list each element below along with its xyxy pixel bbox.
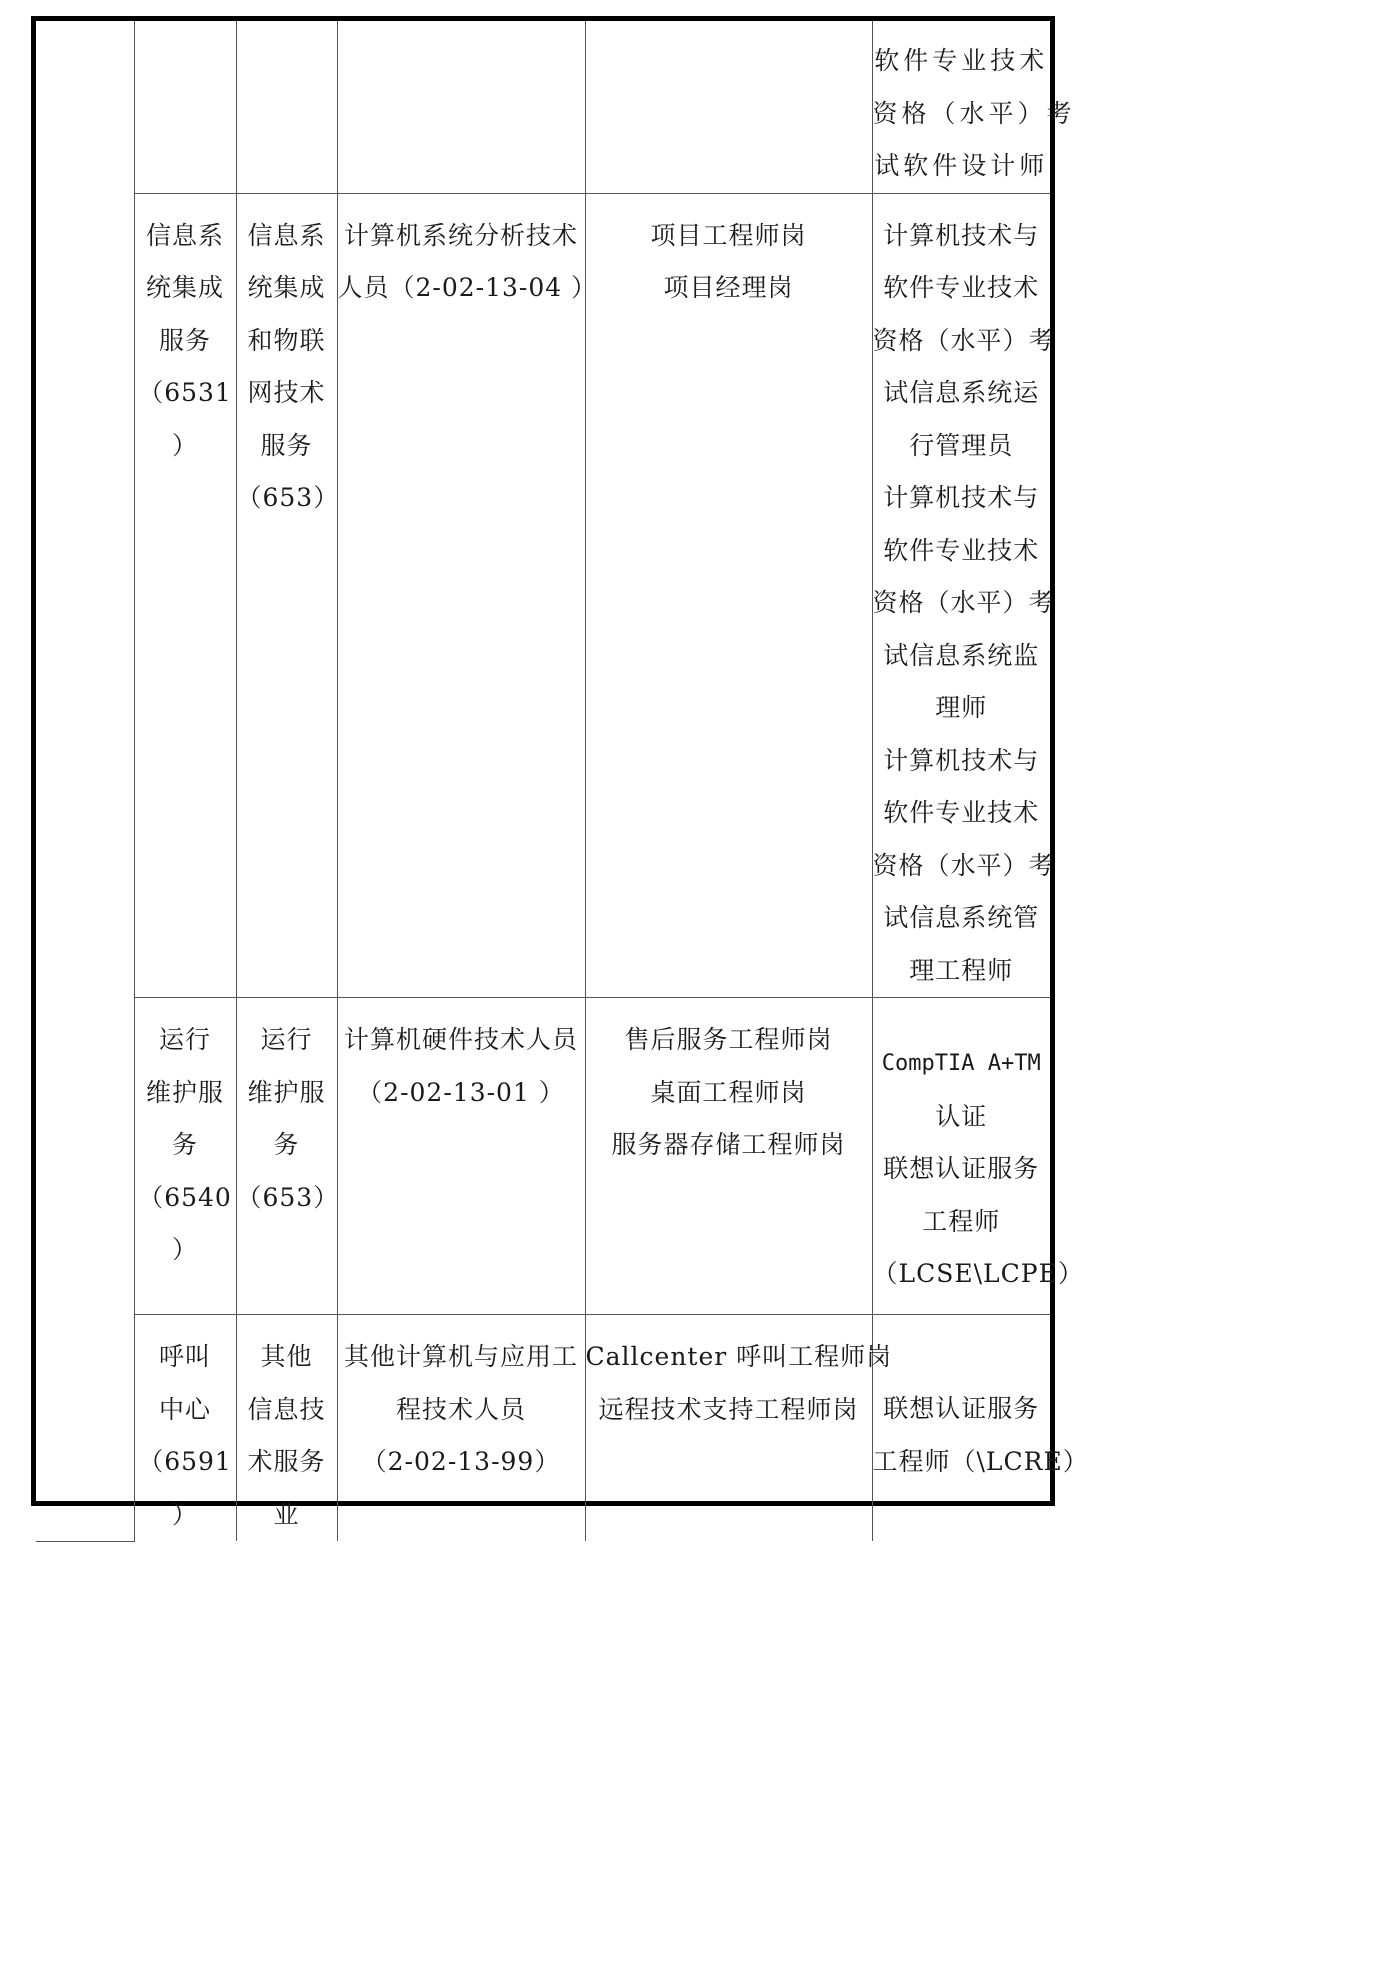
text-line: （653）: [237, 1172, 337, 1225]
document-page: 软件专业技术 资格（水平）考 试软件设计师 信息系 统集成 服务 （6531 ）…: [0, 0, 1378, 1984]
text-line: 项目工程师岗: [586, 210, 872, 263]
text-line: （6540: [135, 1172, 236, 1225]
industry-group-cell: 其他 信息技 术服务 业: [236, 1315, 337, 1542]
table-row: 信息系 统集成 服务 （6531 ） 信息系 统集成 和物联 网技术 服务 （6…: [36, 193, 1050, 998]
certificates-cell: CompTIA A+TM 认证 联想认证服务 工程师 （LCSE\LCPE）: [872, 998, 1050, 1315]
text-line: 售后服务工程师岗: [586, 1014, 872, 1067]
table-row: 运行 维护服 务 （6540 ） 运行 维护服 务 （653） 计算机硬件技术人…: [36, 998, 1050, 1315]
cert-line: 理工程师: [873, 945, 1051, 998]
text-line: 中心: [135, 1384, 236, 1437]
positions-cell: 项目工程师岗 项目经理岗: [585, 193, 872, 998]
cert-line: 计算机技术与: [873, 210, 1051, 263]
table-row: 呼叫 中心 （6591 ） 其他 信息技 术服务 业 其他计算机与应用工 程技术…: [36, 1315, 1050, 1542]
text-line: 程技术人员: [338, 1384, 585, 1437]
cert-line: 资格（水平）考: [873, 577, 1051, 630]
industry-class-cell: [134, 21, 236, 193]
occupation-certificate-table: 软件专业技术 资格（水平）考 试软件设计师 信息系 统集成 服务 （6531 ）…: [31, 16, 1055, 1506]
text-line: 其他: [237, 1331, 337, 1384]
cert-line: 资格（水平）考: [873, 840, 1051, 893]
text-line: 和物联: [237, 315, 337, 368]
text-line: 务: [135, 1119, 236, 1172]
industry-group-cell: [236, 21, 337, 193]
text-line: 业: [237, 1489, 337, 1542]
cert-line: 软件专业技术: [873, 35, 1051, 88]
text-line: 统集成: [237, 262, 337, 315]
text-line: ）: [135, 420, 236, 473]
cert-line: 理师: [873, 682, 1051, 735]
occupation-cell: 计算机系统分析技术 人员（2-02-13-04 ）: [337, 193, 585, 998]
cert-line: 认证: [873, 1091, 1051, 1144]
occupation-cell: 其他计算机与应用工 程技术人员 （2-02-13-99）: [337, 1315, 585, 1542]
cert-line: 计算机技术与: [873, 735, 1051, 788]
cert-line: 工程师: [873, 1196, 1051, 1249]
cert-line: 联想认证服务: [873, 1143, 1051, 1196]
cert-line: 试信息系统管: [873, 892, 1051, 945]
cert-line: 资格（水平）考: [873, 88, 1051, 141]
text-line: 网技术: [237, 367, 337, 420]
text-line: 信息系: [135, 210, 236, 263]
text-line: 远程技术支持工程师岗: [586, 1384, 872, 1437]
text-line: 信息技: [237, 1384, 337, 1437]
cert-line: 资格（水平）考: [873, 315, 1051, 368]
text-line: 桌面工程师岗: [586, 1067, 872, 1120]
text-line: 运行: [135, 1014, 236, 1067]
blank-merged-cell: [36, 21, 134, 1541]
cert-line: 试信息系统运: [873, 367, 1051, 420]
table: 软件专业技术 资格（水平）考 试软件设计师 信息系 统集成 服务 （6531 ）…: [36, 21, 1050, 1542]
text-line: 术服务: [237, 1436, 337, 1489]
certificates-cell: 软件专业技术 资格（水平）考 试软件设计师: [872, 21, 1050, 193]
text-line: 人员（2-02-13-04 ）: [338, 262, 585, 315]
text-line: ）: [135, 1489, 236, 1542]
table-row: 软件专业技术 资格（水平）考 试软件设计师: [36, 21, 1050, 193]
cert-line: 软件专业技术: [873, 525, 1051, 578]
industry-class-cell: 信息系 统集成 服务 （6531 ）: [134, 193, 236, 998]
text-line: 信息系: [237, 210, 337, 263]
text-line: 维护服: [237, 1067, 337, 1120]
industry-class-cell: 运行 维护服 务 （6540 ）: [134, 998, 236, 1315]
positions-cell: 售后服务工程师岗 桌面工程师岗 服务器存储工程师岗: [585, 998, 872, 1315]
text-line: （653）: [237, 472, 337, 525]
text-line: 统集成: [135, 262, 236, 315]
text-line: （2-02-13-99）: [338, 1436, 585, 1489]
cert-line: 软件专业技术: [873, 787, 1051, 840]
cert-line: CompTIA A+TM: [873, 1038, 1051, 1091]
cert-line: 试信息系统监: [873, 630, 1051, 683]
cert-line: 工程师（\LCRE）: [873, 1436, 1051, 1489]
text-line: 务: [237, 1119, 337, 1172]
cert-line: 计算机技术与: [873, 472, 1051, 525]
certificates-cell: 计算机技术与 软件专业技术 资格（水平）考 试信息系统运 行管理员 计算机技术与…: [872, 193, 1050, 998]
text-line: 项目经理岗: [586, 262, 872, 315]
text-line: 服务器存储工程师岗: [586, 1119, 872, 1172]
cert-line: 行管理员: [873, 420, 1051, 473]
certificates-cell: 联想认证服务 工程师（\LCRE）: [872, 1315, 1050, 1542]
industry-class-cell: 呼叫 中心 （6591 ）: [134, 1315, 236, 1542]
text-line: 计算机系统分析技术: [338, 210, 585, 263]
cert-line: 试软件设计师: [873, 140, 1051, 193]
text-line: （2-02-13-01 ）: [338, 1067, 585, 1120]
cert-line: 联想认证服务: [873, 1383, 1051, 1436]
text-line: 服务: [237, 420, 337, 473]
industry-group-cell: 信息系 统集成 和物联 网技术 服务 （653）: [236, 193, 337, 998]
cert-line: （LCSE\LCPE）: [873, 1248, 1051, 1301]
text-line: Callcenter 呼叫工程师岗: [586, 1331, 872, 1384]
text-line: （6531: [135, 367, 236, 420]
positions-cell: Callcenter 呼叫工程师岗 远程技术支持工程师岗: [585, 1315, 872, 1542]
text-line: 其他计算机与应用工: [338, 1331, 585, 1384]
text-line: 计算机硬件技术人员: [338, 1014, 585, 1067]
cert-line: 软件专业技术: [873, 262, 1051, 315]
occupation-cell: [337, 21, 585, 193]
occupation-cell: 计算机硬件技术人员 （2-02-13-01 ）: [337, 998, 585, 1315]
text-line: ）: [135, 1224, 236, 1277]
industry-group-cell: 运行 维护服 务 （653）: [236, 998, 337, 1315]
positions-cell: [585, 21, 872, 193]
text-line: 运行: [237, 1014, 337, 1067]
text-line: 服务: [135, 315, 236, 368]
text-line: 呼叫: [135, 1331, 236, 1384]
text-line: （6591: [135, 1436, 236, 1489]
text-line: 维护服: [135, 1067, 236, 1120]
